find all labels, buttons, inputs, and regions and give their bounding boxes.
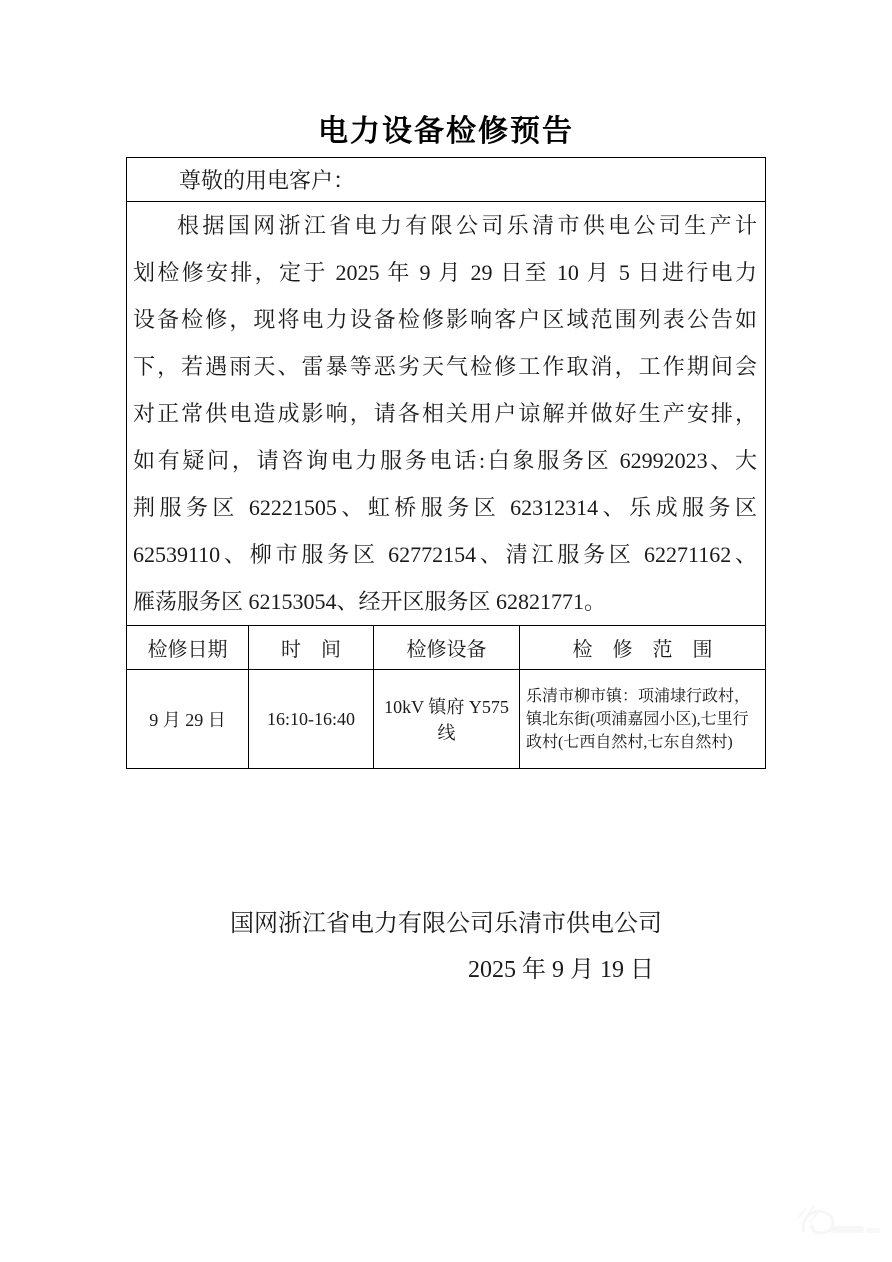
page-title: 电力设备检修预告 [0,106,892,150]
footer-date: 2025 年 9 月 19 日 [468,949,654,984]
column-header-equipment: 检修设备 [374,626,520,670]
body-line: 荆服务区 62221505、虹桥服务区 62312314、乐成服务区 [133,484,757,531]
body-line: 62539110、柳市服务区 62772154、清江服务区 62271162、 [133,531,757,578]
watermark-logo [790,1198,886,1254]
cell-range: 乐清市柳市镇：项浦埭行政村，镇北东街(项浦嘉园小区),七里行政村(七西自然村,七… [520,670,766,769]
body-line: 根据国网浙江省电力有限公司乐清市供电公司生产计 [133,202,757,249]
column-header-range: 检 修 范 围 [520,626,766,670]
column-header-date: 检修日期 [127,626,249,670]
body-line: 雁荡服务区 62153054、经开区服务区 62821771。 [133,578,757,625]
footer-company-name: 国网浙江省电力有限公司乐清市供电公司 [0,903,892,938]
salutation-text: 尊敬的用电客户： [127,158,766,202]
notice-document-page: 电力设备检修预告 尊敬的用电客户： 根据国网浙江省电力有限公司乐清市供电公司生产… [0,0,892,1262]
table-row: 9 月 29 日 16:10-16:40 10kV 镇府 Y575 线 乐清市柳… [127,670,766,769]
salutation-row: 尊敬的用电客户： [127,158,766,202]
cell-time: 16:10-16:40 [249,670,374,769]
notice-body: 根据国网浙江省电力有限公司乐清市供电公司生产计 划检修安排，定于 2025 年 … [127,202,766,626]
table-header-row: 检修日期 时 间 检修设备 检 修 范 围 [127,626,766,670]
cell-equipment: 10kV 镇府 Y575 线 [374,670,520,769]
notice-table: 尊敬的用电客户： 根据国网浙江省电力有限公司乐清市供电公司生产计 划检修安排，定… [126,157,766,769]
body-line: 划检修安排，定于 2025 年 9 月 29 日至 10 月 5 日进行电力 [133,249,757,296]
column-header-time: 时 间 [249,626,374,670]
body-line: 下，若遇雨天、雷暴等恶劣天气检修工作取消，工作期间会 [133,343,757,390]
cell-date: 9 月 29 日 [127,670,249,769]
body-line: 设备检修，现将电力设备检修影响客户区域范围列表公告如 [133,296,757,343]
body-line: 对正常供电造成影响，请各相关用户谅解并做好生产安排， [133,390,757,437]
body-row: 根据国网浙江省电力有限公司乐清市供电公司生产计 划检修安排，定于 2025 年 … [127,202,766,626]
body-line: 如有疑问，请咨询电力服务电话:白象服务区 62992023、大 [133,437,757,484]
